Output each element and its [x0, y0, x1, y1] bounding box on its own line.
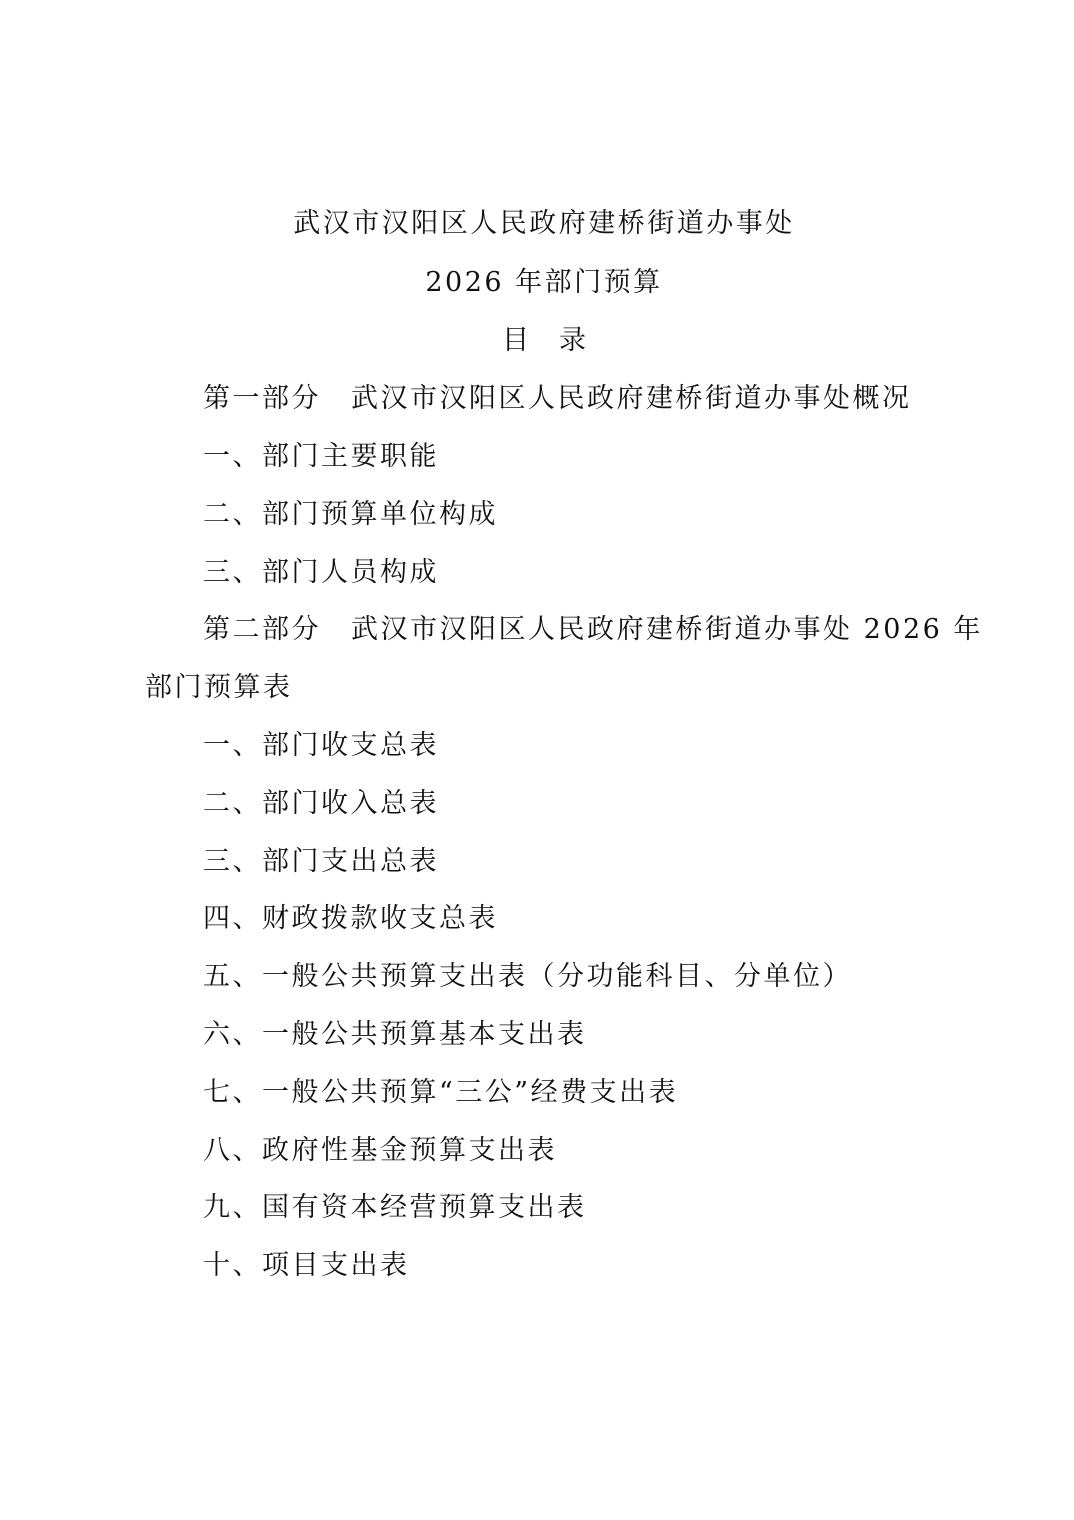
toc-item[interactable]: 一、部门主要职能: [203, 440, 439, 474]
toc-item[interactable]: 十、项目支出表: [203, 1249, 410, 1283]
toc-heading-char2: 录: [559, 325, 586, 356]
toc-item[interactable]: 八、政府性基金预算支出表: [203, 1134, 557, 1168]
toc-item[interactable]: 三、部门人员构成: [203, 556, 439, 590]
toc-item[interactable]: 五、一般公共预算支出表（分功能科目、分单位）: [203, 960, 852, 994]
toc-part2-title-line2[interactable]: 部门预算表: [145, 671, 293, 705]
toc-item[interactable]: 七、一般公共预算“三公”经费支出表: [203, 1076, 678, 1110]
toc-part2-title-line1: 武汉市汉阳区人民政府建桥街道办事处 2026 年: [351, 614, 983, 645]
toc-item[interactable]: 九、国有资本经营预算支出表: [203, 1191, 587, 1225]
toc-item[interactable]: 二、部门预算单位构成: [203, 498, 498, 532]
toc-part2-heading[interactable]: 第二部分武汉市汉阳区人民政府建桥街道办事处 2026 年: [203, 613, 983, 647]
toc-item[interactable]: 四、财政拨款收支总表: [203, 902, 498, 936]
toc-part1-heading[interactable]: 第一部分武汉市汉阳区人民政府建桥街道办事处概况: [203, 382, 912, 416]
toc-item[interactable]: 六、一般公共预算基本支出表: [203, 1018, 587, 1052]
toc-part1-label: 第一部分: [203, 383, 321, 414]
toc-heading-char1: 目: [502, 325, 529, 356]
toc-heading: 目录: [0, 324, 1074, 358]
toc-item[interactable]: 一、部门收支总表: [203, 729, 439, 763]
document-title-line1: 武汉市汉阳区人民政府建桥街道办事处: [0, 207, 1074, 241]
toc-part2-label: 第二部分: [203, 614, 321, 645]
document-page: 武汉市汉阳区人民政府建桥街道办事处 2026 年部门预算 目录 第一部分武汉市汉…: [0, 0, 1074, 1520]
document-title-line2: 2026 年部门预算: [0, 266, 1074, 300]
toc-part1-title: 武汉市汉阳区人民政府建桥街道办事处概况: [351, 383, 912, 414]
toc-item[interactable]: 二、部门收入总表: [203, 787, 439, 821]
toc-item[interactable]: 三、部门支出总表: [203, 845, 439, 879]
